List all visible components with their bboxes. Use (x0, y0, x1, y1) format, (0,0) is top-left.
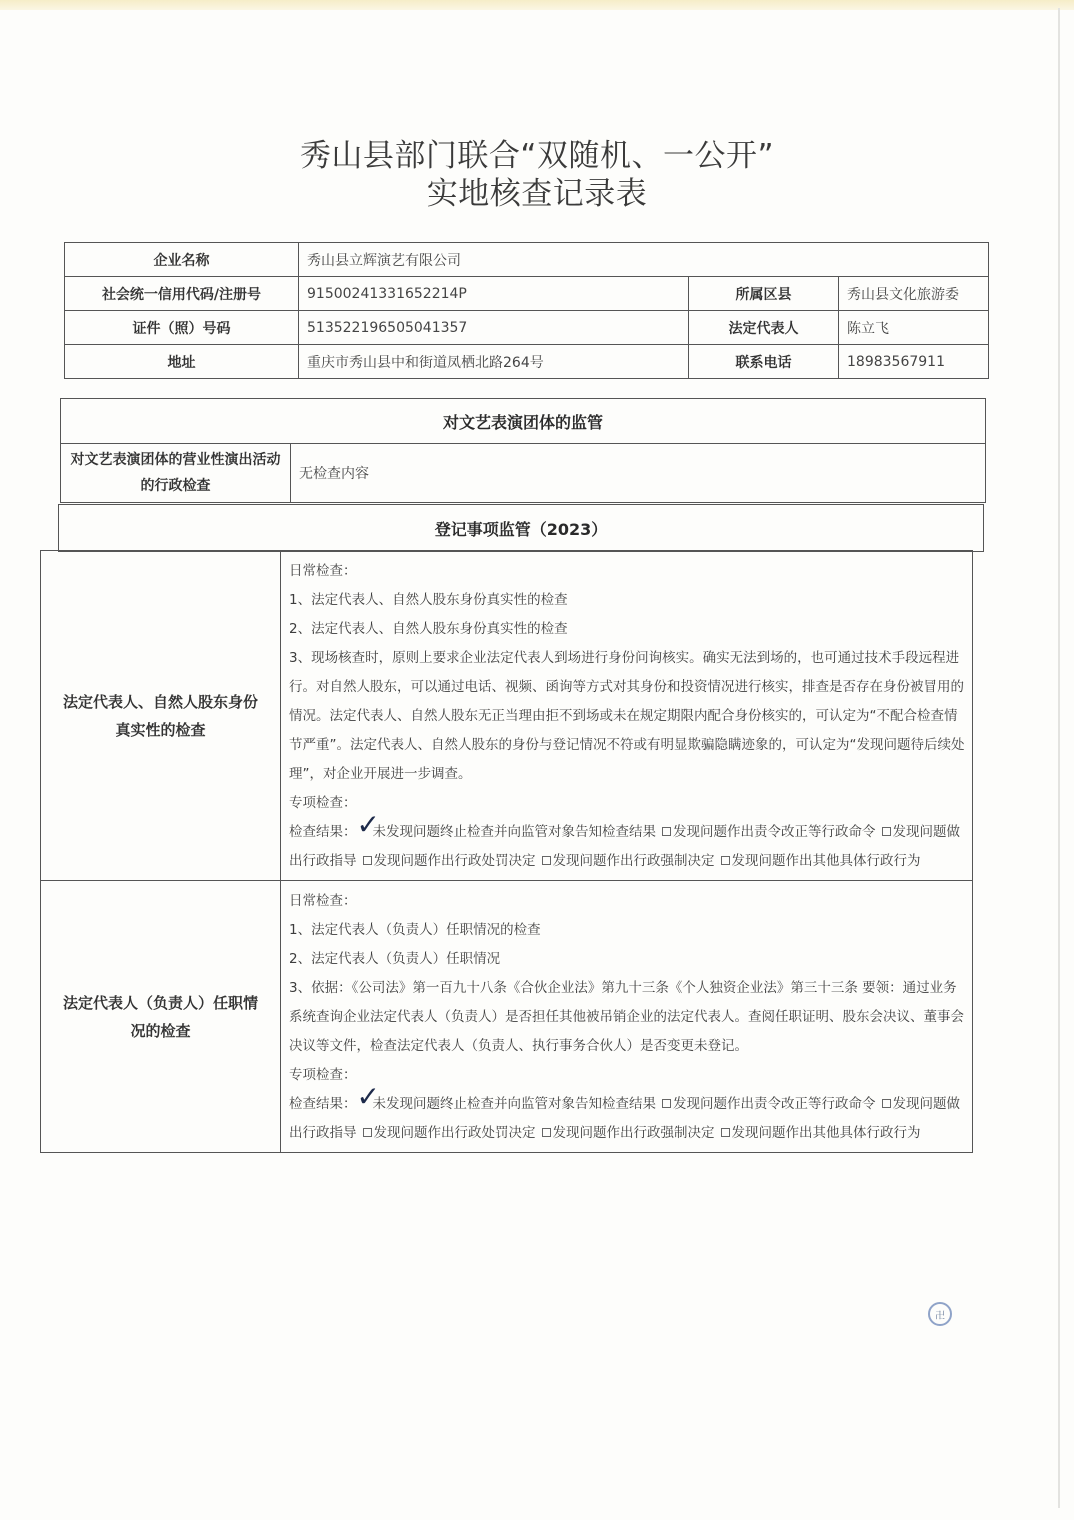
company-info-table: 企业名称 秀山县立辉演艺有限公司 社会统一信用代码/注册号 9150024133… (64, 242, 989, 379)
result-label: 检查结果： (289, 1096, 357, 1112)
check-line: 3、依据：《公司法》第一百九十八条《合伙企业法》第九十三条《个人独资企业法》第三… (289, 974, 966, 1061)
credit-code-label: 社会统一信用代码/注册号 (65, 277, 299, 311)
table-row: 法定代表人（负责人）任职情况的检查 日常检查： 1、法定代表人（负责人）任职情况… (41, 881, 973, 1153)
checkbox-icon[interactable] (882, 1099, 891, 1108)
legal-rep-label: 法定代表人 (689, 311, 839, 345)
id-number-value: 513522196505041357 (299, 311, 689, 345)
check-line: 1、法定代表人（负责人）任职情况的检查 (289, 916, 966, 945)
daily-check-title: 日常检查： (289, 887, 966, 916)
phone-label: 联系电话 (689, 345, 839, 379)
checkbox-icon[interactable] (721, 1128, 730, 1137)
item-value: 无检查内容 (291, 444, 986, 503)
checkmark-icon[interactable]: ✓ (357, 818, 371, 832)
result-option: 发现问题作出行政处罚决定 (374, 853, 536, 869)
result-option: 发现问题作出其他具体行政行为 (732, 853, 921, 869)
check-line: 3、现场核查时，原则上要求企业法定代表人到场进行身份问询核实。确实无法到场的，也… (289, 644, 966, 789)
result-option: 发现问题作出其他具体行政行为 (732, 1125, 921, 1141)
checkbox-icon[interactable] (662, 1099, 671, 1108)
result-option: 发现问题作出行政强制决定 (553, 853, 715, 869)
document-subtitle: 实地核查记录表 (0, 168, 1074, 213)
registration-supervision-table: 法定代表人、自然人股东身份真实性的检查 日常检查： 1、法定代表人、自然人股东身… (40, 550, 973, 1153)
result-option: 发现问题作出责令改正等行政命令 (673, 824, 876, 840)
result-option: 未发现问题终止检查并向监管对象告知检查结果 (373, 1096, 657, 1112)
scan-edge (0, 0, 1074, 10)
page-edge (1058, 8, 1060, 1508)
item-detail: 日常检查： 1、法定代表人（负责人）任职情况的检查 2、法定代表人（负责人）任职… (281, 881, 973, 1153)
phone-value: 18983567911 (839, 345, 989, 379)
result-option: 发现问题作出行政强制决定 (553, 1125, 715, 1141)
checkbox-icon[interactable] (542, 1128, 551, 1137)
checkbox-icon[interactable] (542, 856, 551, 865)
table-row: 社会统一信用代码/注册号 91500241331652214P 所属区县 秀山县… (65, 277, 989, 311)
check-line: 2、法定代表人、自然人股东身份真实性的检查 (289, 615, 966, 644)
table-row: 地址 重庆市秀山县中和街道凤栖北路264号 联系电话 18983567911 (65, 345, 989, 379)
check-line: 1、法定代表人、自然人股东身份真实性的检查 (289, 586, 966, 615)
table-row: 企业名称 秀山县立辉演艺有限公司 (65, 243, 989, 277)
item-label: 对文艺表演团体的营业性演出活动的行政检查 (61, 444, 291, 503)
table-row: 法定代表人、自然人股东身份真实性的检查 日常检查： 1、法定代表人、自然人股东身… (41, 551, 973, 881)
daily-check-title: 日常检查： (289, 557, 966, 586)
section-header: 登记事项监管（2023） (59, 505, 984, 552)
special-check-title: 专项检查： (289, 789, 966, 818)
stamp-icon: 卍 (928, 1302, 952, 1326)
checkbox-icon[interactable] (721, 856, 730, 865)
id-number-label: 证件（照）号码 (65, 311, 299, 345)
result-label: 检查结果： (289, 824, 357, 840)
checkbox-icon[interactable] (363, 856, 372, 865)
item-label: 法定代表人（负责人）任职情况的检查 (41, 881, 281, 1153)
district-label: 所属区县 (689, 277, 839, 311)
table-row: 证件（照）号码 513522196505041357 法定代表人 陈立飞 (65, 311, 989, 345)
section-header: 对文艺表演团体的监管 (61, 399, 986, 444)
registration-supervision-header: 登记事项监管（2023） (58, 504, 984, 552)
performance-supervision-table: 对文艺表演团体的监管 对文艺表演团体的营业性演出活动的行政检查 无检查内容 (60, 398, 986, 503)
result-option: 发现问题作出责令改正等行政命令 (673, 1096, 876, 1112)
checkbox-icon[interactable] (363, 1128, 372, 1137)
company-name-label: 企业名称 (65, 243, 299, 277)
credit-code-value: 91500241331652214P (299, 277, 689, 311)
result-option: 未发现问题终止检查并向监管对象告知检查结果 (373, 824, 657, 840)
address-label: 地址 (65, 345, 299, 379)
check-result: 检查结果：✓未发现问题终止检查并向监管对象告知检查结果发现问题作出责令改正等行政… (289, 818, 966, 876)
checkbox-icon[interactable] (882, 827, 891, 836)
item-label: 法定代表人、自然人股东身份真实性的检查 (41, 551, 281, 881)
item-detail: 日常检查： 1、法定代表人、自然人股东身份真实性的检查 2、法定代表人、自然人股… (281, 551, 973, 881)
address-value: 重庆市秀山县中和街道凤栖北路264号 (299, 345, 689, 379)
checkbox-icon[interactable] (662, 827, 671, 836)
table-row: 对文艺表演团体的营业性演出活动的行政检查 无检查内容 (61, 444, 986, 503)
company-name-value: 秀山县立辉演艺有限公司 (299, 243, 989, 277)
check-line: 2、法定代表人（负责人）任职情况 (289, 945, 966, 974)
checkmark-icon[interactable]: ✓ (357, 1090, 371, 1104)
district-value: 秀山县文化旅游委 (839, 277, 989, 311)
legal-rep-value: 陈立飞 (839, 311, 989, 345)
special-check-title: 专项检查： (289, 1061, 966, 1090)
result-option: 发现问题作出行政处罚决定 (374, 1125, 536, 1141)
check-result: 检查结果：✓未发现问题终止检查并向监管对象告知检查结果发现问题作出责令改正等行政… (289, 1090, 966, 1148)
